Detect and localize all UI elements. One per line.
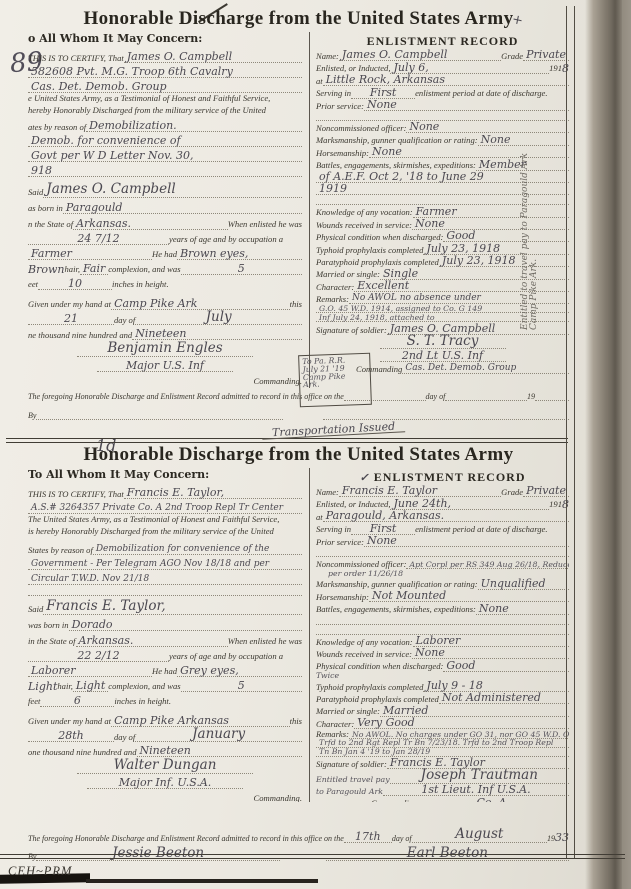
nco2-handwritten: per order 11/26/18	[328, 570, 403, 578]
serving-label: Serving in	[316, 88, 351, 98]
check-mark: ✓	[359, 471, 369, 484]
twice-note-handwritten: Twice	[316, 672, 339, 680]
prior-service-label: Prior service:	[316, 101, 364, 111]
at-label: at	[316, 512, 323, 522]
battles-label: Battles, engagements, skirmishes, expedi…	[316, 160, 476, 170]
prior-service-label: Prior service:	[316, 537, 364, 547]
form1-salutation: o All Whom It May Concern:	[28, 32, 302, 45]
form1-title: Honorable Discharge from the United Stat…	[28, 8, 569, 30]
reason-extra1: Demob. for convenience of	[28, 135, 302, 147]
given-place-handwritten: Camp Pike Arkansas	[111, 715, 290, 727]
soldier-unit2-handwritten: Cas. Det. Demob. Group	[28, 81, 302, 93]
blank-year	[535, 391, 569, 401]
state-label: n the State of	[28, 219, 73, 229]
paratyphoid-handwritten: Not Administered	[439, 692, 569, 704]
record-commanding-unit: Co. A.	[417, 797, 569, 802]
form2-enlistment-record-column: ✓ ENLISTMENT RECORD Name: Francis E. Tay…	[309, 468, 569, 802]
record-commanding-label: Commanding	[371, 798, 417, 802]
given-place-handwritten: Camp Pike Ark	[111, 298, 290, 310]
said-name-handwritten: Francis E. Taylor,	[43, 600, 302, 615]
railroad-stamp-box: To Pa. R.R. July 21 '19 Camp Pike Ark.	[298, 353, 372, 407]
remarks-label: Remarks:	[316, 294, 349, 304]
born-label: was born in	[28, 620, 69, 630]
nco-handwritten: Apt Corpl per RS 349 Aug 26/18, Reduced …	[406, 561, 569, 570]
marksmanship-handwritten: Unqualified	[478, 578, 569, 590]
year-printed: 191	[549, 499, 562, 509]
complexion-handwritten: Fair	[80, 263, 108, 275]
discharge-document-scan: 89 + 1d Honorable Discharge from the Uni…	[0, 0, 631, 889]
given-label: Given under my hand at	[28, 716, 111, 726]
reason-handwritten: Demobilization.	[86, 120, 302, 132]
character-handwritten: Very Good	[354, 717, 569, 729]
certify-label: THIS IS TO CERTIFY, That	[28, 53, 124, 63]
nco-label: Noncommissioned officer:	[316, 123, 406, 133]
inches-label: inches in height.	[112, 279, 169, 289]
typhoid-handwritten: July 9 - 18	[423, 680, 569, 692]
character-label: Character:	[316, 282, 354, 292]
condition-handwritten: Good	[443, 230, 569, 242]
day-handwritten: 28th	[28, 730, 114, 742]
condition-label: Physical condition when discharged:	[316, 232, 443, 242]
recording-day-handwritten: 17th	[344, 831, 392, 843]
recording-dayof: day of	[426, 392, 446, 401]
corner-code: CEH~PRM	[8, 864, 72, 879]
soldier-signature-label: Signature of soldier:	[316, 759, 387, 769]
when-enlisted-label: When enlisted he was	[228, 219, 302, 229]
height-inches-handwritten: 10	[38, 278, 112, 290]
scan-edge-dark-streak	[608, 0, 622, 889]
inches-label: inches in height.	[114, 696, 171, 706]
recording-year: 19	[527, 392, 535, 401]
serving-handwritten: First	[351, 523, 415, 535]
wounds-handwritten: None	[412, 218, 569, 230]
soldier-name-handwritten: Francis E. Taylor,	[124, 487, 302, 499]
scan-bottom-bar	[86, 879, 318, 883]
year-label: one thousand nine hundred and	[28, 747, 137, 757]
certify-line: THIS IS TO CERTIFY, That James O. Campbe…	[28, 49, 302, 63]
occupation-handwritten: Laborer	[28, 665, 152, 677]
battles-label: Battles, engagements, skirmishes, expedi…	[316, 604, 476, 614]
serving-label: Serving in	[316, 524, 351, 534]
testimonial-line2: is hereby Honorably Discharged from the …	[28, 526, 302, 538]
age-label: years of age and by occupation a	[169, 234, 283, 244]
blank-month	[445, 391, 527, 401]
blank-rule	[316, 547, 569, 557]
month-handwritten: January	[135, 728, 302, 743]
dayof-label: day of	[114, 732, 135, 742]
vocation-label: Knowledge of any vocation:	[316, 637, 413, 647]
paratyphoid-label: Paratyphoid prophylaxis completed	[316, 257, 439, 267]
vocation-handwritten: Laborer	[413, 635, 569, 647]
hair-label: hair,	[64, 264, 80, 274]
month-handwritten: July	[135, 311, 302, 326]
record-officer-rank: 1st Lieut. Inf U.S.A.	[383, 784, 569, 796]
married-handwritten: Married	[380, 705, 569, 717]
serving-handwritten: First	[351, 87, 415, 99]
blank-second-signature	[323, 410, 569, 420]
state-handwritten: Arkansas.	[76, 635, 228, 647]
record-header-text: ENLISTMENT RECORD	[374, 470, 526, 484]
reason-extra1: Government - Per Telegram AGO Nov 18/18 …	[28, 560, 302, 570]
form2-recording-line: The foregoing Honorable Discharge and En…	[28, 828, 569, 843]
prior-service-handwritten: None	[364, 535, 569, 547]
wounds-label: Wounds received in service:	[316, 649, 412, 659]
complexion-label: complexion, and was	[108, 264, 180, 274]
horsemanship-label: Horsemanship:	[316, 592, 369, 602]
travel-note1-handwritten: Entitled travel pay	[316, 776, 390, 784]
vocation-label: Knowledge of any vocation:	[316, 207, 413, 217]
form2-salutation: To All Whom It May Concern:	[28, 468, 302, 481]
hair-label: hair,	[57, 681, 73, 691]
recording-month-handwritten: August	[412, 828, 547, 843]
stamp-line-4: Ark.	[303, 379, 367, 389]
height-inches-handwritten: 6	[40, 695, 114, 707]
soldier-unit-handwritten: 582608 Pvt. M.G. Troop 6th Cavalry	[28, 66, 302, 78]
form2-record-header: ✓ ENLISTMENT RECORD	[316, 470, 569, 485]
serving-suffix: enlistment period at date of discharge.	[415, 524, 547, 534]
battles-handwritten: None	[476, 603, 569, 615]
this-label: this	[290, 716, 302, 726]
birthplace-handwritten: Dorado	[69, 619, 302, 631]
height-feet-handwritten: 5	[181, 263, 302, 275]
testimonial-line2: hereby Honorably Discharged from the mil…	[28, 105, 302, 117]
born-label: as born in	[28, 203, 63, 213]
by-label: By	[28, 411, 36, 420]
age-handwritten: 22 2/12	[28, 650, 169, 662]
hair-handwritten: Light	[28, 681, 57, 692]
complexion-label: complexion, and was	[108, 681, 180, 691]
paratyphoid-label: Paratyphoid prophylaxis completed	[316, 694, 439, 704]
recording-year: 19	[547, 834, 555, 843]
record-commanding-unit: Cas. Det. Demob. Group	[402, 364, 569, 374]
given-label: Given under my hand at	[28, 299, 111, 309]
reason-extra3: 918	[28, 165, 302, 177]
recording-text: The foregoing Honorable Discharge and En…	[28, 392, 344, 401]
form1-certificate-column: o All Whom It May Concern: THIS IS TO CE…	[28, 32, 309, 388]
form1-by-line: By	[28, 410, 569, 420]
dayof-label: day of	[114, 315, 135, 325]
vocation-handwritten: Farmer	[413, 206, 569, 218]
grade-label: Grade	[501, 51, 523, 61]
record-name-handwritten: James O. Campbell	[339, 49, 501, 61]
day-handwritten: 21	[28, 313, 114, 325]
married-handwritten: Single	[380, 268, 569, 280]
commanding-label: Commanding.	[254, 376, 302, 386]
year-label: ne thousand nine hundred and	[28, 330, 132, 340]
testimonial-line1: e United States Army, as a Testimonial o…	[28, 93, 302, 105]
soldier-unit-handwritten: A.S.# 3264357 Private Co. A 2nd Troop Re…	[28, 504, 302, 514]
form1-columns: o All Whom It May Concern: THIS IS TO CE…	[28, 32, 569, 388]
certify-label: THIS IS TO CERTIFY, That	[28, 489, 124, 499]
blank-rule	[316, 615, 569, 625]
form2-columns: To All Whom It May Concern: THIS IS TO C…	[28, 468, 569, 802]
enlist-date-handwritten: June 24th,	[390, 498, 549, 510]
commander-rank: Major U.S. Inf	[97, 360, 233, 372]
discharge-form-2: Honorable Discharge from the United Stat…	[28, 444, 569, 861]
state-label: in the State of	[28, 636, 76, 646]
form-right-double-border	[566, 6, 575, 859]
height-feet-handwritten: 5	[181, 680, 302, 692]
enlist-place-handwritten: Paragould, Arkansas.	[323, 510, 569, 522]
feet-label: feet	[28, 696, 40, 706]
reason-handwritten: Demobilization for convenience of the	[93, 545, 302, 555]
travel-note2-handwritten: to Paragould Ark	[316, 788, 383, 796]
commander-signature: Walter Dungan	[77, 759, 253, 774]
record-officer-signature: S. T. Tracy	[380, 335, 506, 350]
wounds-label: Wounds received in service:	[316, 220, 412, 230]
typhoid-handwritten: July 23, 1918	[423, 243, 569, 255]
grade-label: Grade	[501, 487, 523, 497]
record-officer-signature: Joseph Trautman	[390, 769, 569, 784]
soldier-signature-label: Signature of soldier:	[316, 325, 387, 335]
horsemanship-handwritten: Not Mounted	[369, 590, 569, 602]
name-label: Name:	[316, 51, 339, 61]
he-had-label: He had	[152, 666, 177, 676]
year-handwritten: Nineteen	[132, 328, 302, 340]
grade-handwritten: Private	[523, 485, 569, 497]
condition-handwritten: Good	[443, 660, 569, 672]
commander-signature: Benjamin Engles	[77, 342, 253, 357]
year-printed: 191	[549, 63, 562, 73]
testimonial-line1: The United States Army, as a Testimonial…	[28, 514, 302, 526]
page-bottom-double-rule	[0, 854, 625, 859]
recording-dayof: day of	[392, 834, 412, 843]
margin-script-annotation: Entitled to travel pay to Paragould Ark …	[521, 30, 539, 330]
occupation-handwritten: Farmer	[28, 248, 152, 260]
said-label: Said	[28, 604, 43, 614]
soldier-name-handwritten: James O. Campbell	[124, 51, 302, 63]
eyes-handwritten: Brown eyes,	[177, 248, 302, 260]
said-name-handwritten: James O. Campbell	[43, 183, 302, 198]
said-label: Said	[28, 187, 43, 197]
margin-script-line2: Camp Pike Ark.	[530, 30, 539, 330]
paratyphoid-handwritten: July 23, 1918	[439, 255, 569, 267]
this-label: this	[290, 299, 302, 309]
at-label: at	[316, 76, 323, 86]
nco-handwritten: None	[406, 121, 569, 133]
blank-rule	[28, 586, 302, 596]
commander-rank: Major Inf. U.S.A.	[87, 777, 243, 789]
record-name-handwritten: Francis E. Taylor	[339, 485, 501, 497]
typhoid-label: Typhoid prophylaxis completed	[316, 682, 423, 692]
eyes-handwritten: Grey eyes,	[177, 665, 302, 677]
typhoid-label: Typhoid prophylaxis completed	[316, 245, 423, 255]
hair-handwritten: Brown	[28, 264, 64, 275]
reason-extra2: Govt per W D Letter Nov. 30,	[28, 150, 302, 162]
form2-certificate-column: To All Whom It May Concern: THIS IS TO C…	[28, 468, 309, 802]
horsemanship-label: Horsemanship:	[316, 148, 369, 158]
record-officer-rank: 2nd Lt U.S. Inf	[380, 350, 506, 362]
recording-text: The foregoing Honorable Discharge and En…	[28, 834, 344, 843]
horsemanship-handwritten: None	[369, 146, 569, 158]
year-handwritten: Nineteen	[137, 745, 302, 757]
feet-label: eet	[28, 279, 38, 289]
form2-title: Honorable Discharge from the United Stat…	[28, 444, 569, 466]
reason-label: ates by reason of	[28, 122, 86, 132]
wounds-handwritten: None	[412, 647, 569, 659]
age-label: years of age and by occupation a	[169, 651, 283, 661]
age-handwritten: 24 7/12	[28, 233, 169, 245]
nco-label: Noncommissioned officer:	[316, 559, 406, 569]
name-label: Name:	[316, 487, 339, 497]
when-enlisted-label: When enlisted he was	[228, 636, 302, 646]
reason-extra2: Circular T.W.D. Nov 21/18	[28, 575, 302, 585]
commanding-label: Commanding.	[254, 793, 302, 802]
character-label: Character:	[316, 719, 354, 729]
birthplace-handwritten: Paragould	[63, 202, 302, 214]
complexion-handwritten: Light	[73, 680, 108, 692]
he-had-label: He had	[152, 249, 177, 259]
state-handwritten: Arkansas.	[73, 218, 228, 230]
blank-by-signature	[36, 410, 282, 420]
form-separator-rule	[6, 438, 568, 443]
reason-label: States by reason of	[28, 545, 93, 555]
